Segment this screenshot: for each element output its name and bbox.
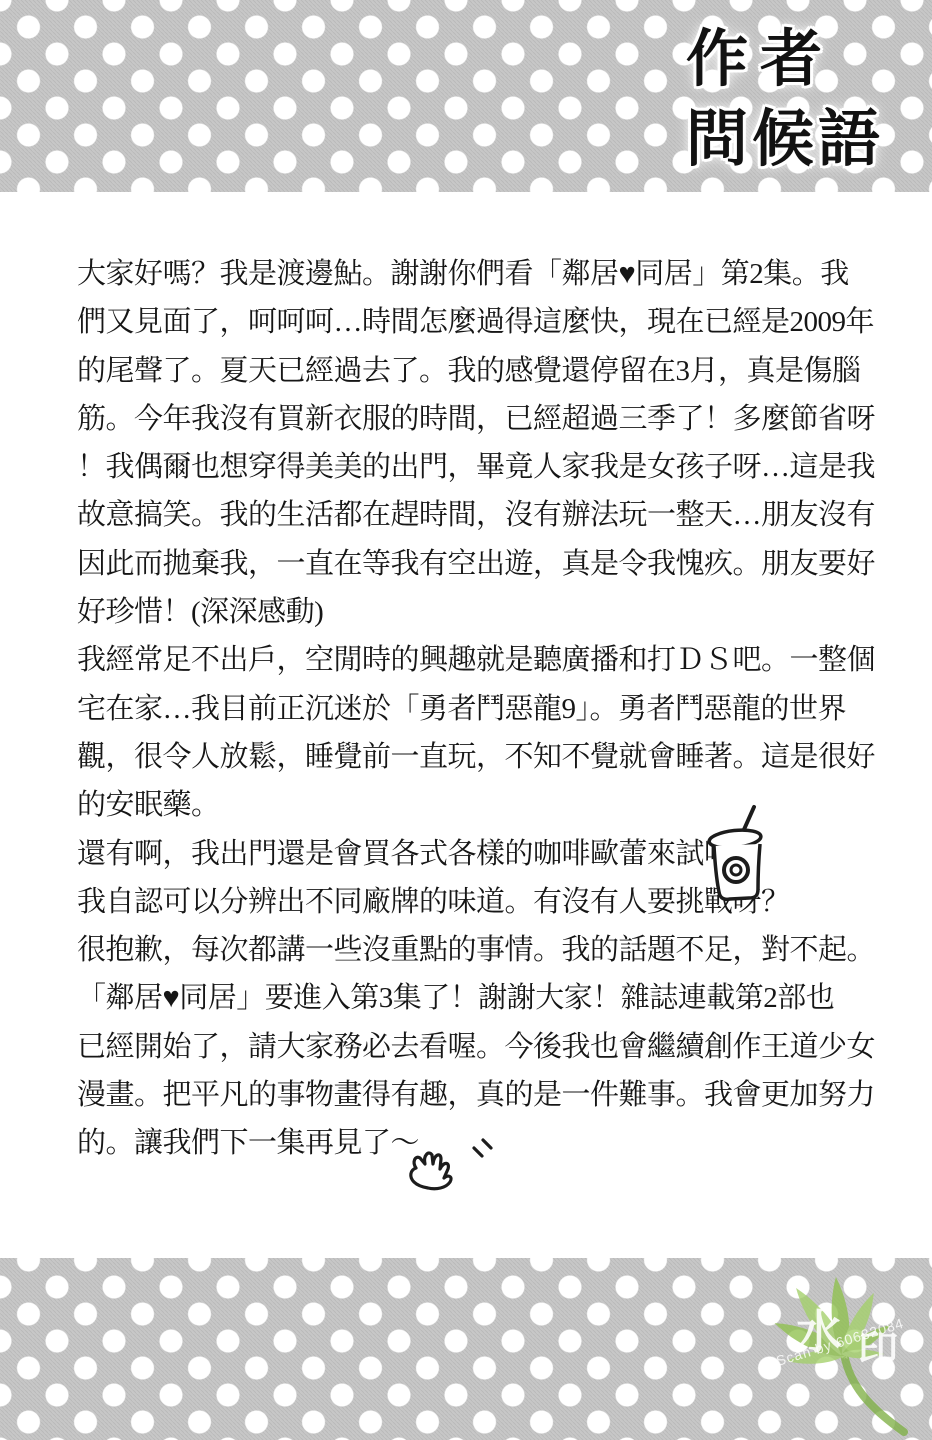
text-line: 很抱歉，每次都講一些沒重點的事情。我的話題不足，對不起。 (77, 926, 883, 974)
text-line: 的尾聲了。夏天已經過去了。我的感覺還停留在3月，真是傷腦 (77, 347, 883, 395)
text-line: 觀，很令人放鬆，睡覺前一直玩，不知不覺就會睡著。這是很好 (77, 733, 883, 781)
coffee-cup-doodle (706, 804, 776, 908)
page-title-line-1: 作者 (686, 18, 884, 102)
waving-hand-doodle (402, 1132, 497, 1194)
text-line: ！我偶爾也想穿得美美的出門，畢竟人家我是女孩子呀…這是我 (77, 443, 883, 491)
text-line: 漫畫。把平凡的事物畫得有趣，真的是一件難事。我會更加努力 (77, 1071, 883, 1119)
motion-dashes-icon (474, 1140, 491, 1156)
author-note: 大家好嗎？我是渡邊鮎。謝謝你們看「鄰居♥同居」第2集。我 們又見面了，呵呵呵…時… (77, 250, 883, 1168)
text-line: 宅在家…我目前正沉迷於「勇者鬥惡龍9」。勇者鬥惡龍的世界 (77, 685, 883, 733)
text-line: 我經常足不出戶，空閒時的興趣就是聽廣播和打ＤＳ吧。一整個 (77, 636, 883, 684)
text-line: 「鄰居♥同居」要進入第3集了！謝謝大家！雜誌連載第2部也 (77, 974, 883, 1022)
cup-body-icon (714, 844, 760, 899)
scan-watermark-leaf: 水 印 Scan by 60632084 (752, 1256, 932, 1440)
page-title: 作者 問候語 (686, 18, 884, 178)
text-line: 好珍惜！(深深感動) (77, 588, 883, 636)
text-line: 因此而拋棄我，一直在等我有空出遊，真是令我愧疚。朋友要好 (77, 540, 883, 588)
page-title-line-2: 問候語 (686, 102, 884, 178)
text-line: 們又見面了，呵呵呵…時間怎麼過得這麼快，現在已經是2009年 (77, 298, 883, 346)
text-line: 已經開始了，請大家務必去看喔。今後我也會繼續創作王道少女 (77, 1023, 883, 1071)
text-line: 大家好嗎？我是渡邊鮎。謝謝你們看「鄰居♥同居」第2集。我 (77, 250, 883, 298)
hand-icon (411, 1153, 451, 1189)
text-line: 故意搞笑。我的生活都在趕時間，沒有辦法玩一整天…朋友沒有 (77, 491, 883, 539)
text-line: 筋。今年我沒有買新衣服的時間，已經超過三季了！多麼節省呀 (77, 395, 883, 443)
